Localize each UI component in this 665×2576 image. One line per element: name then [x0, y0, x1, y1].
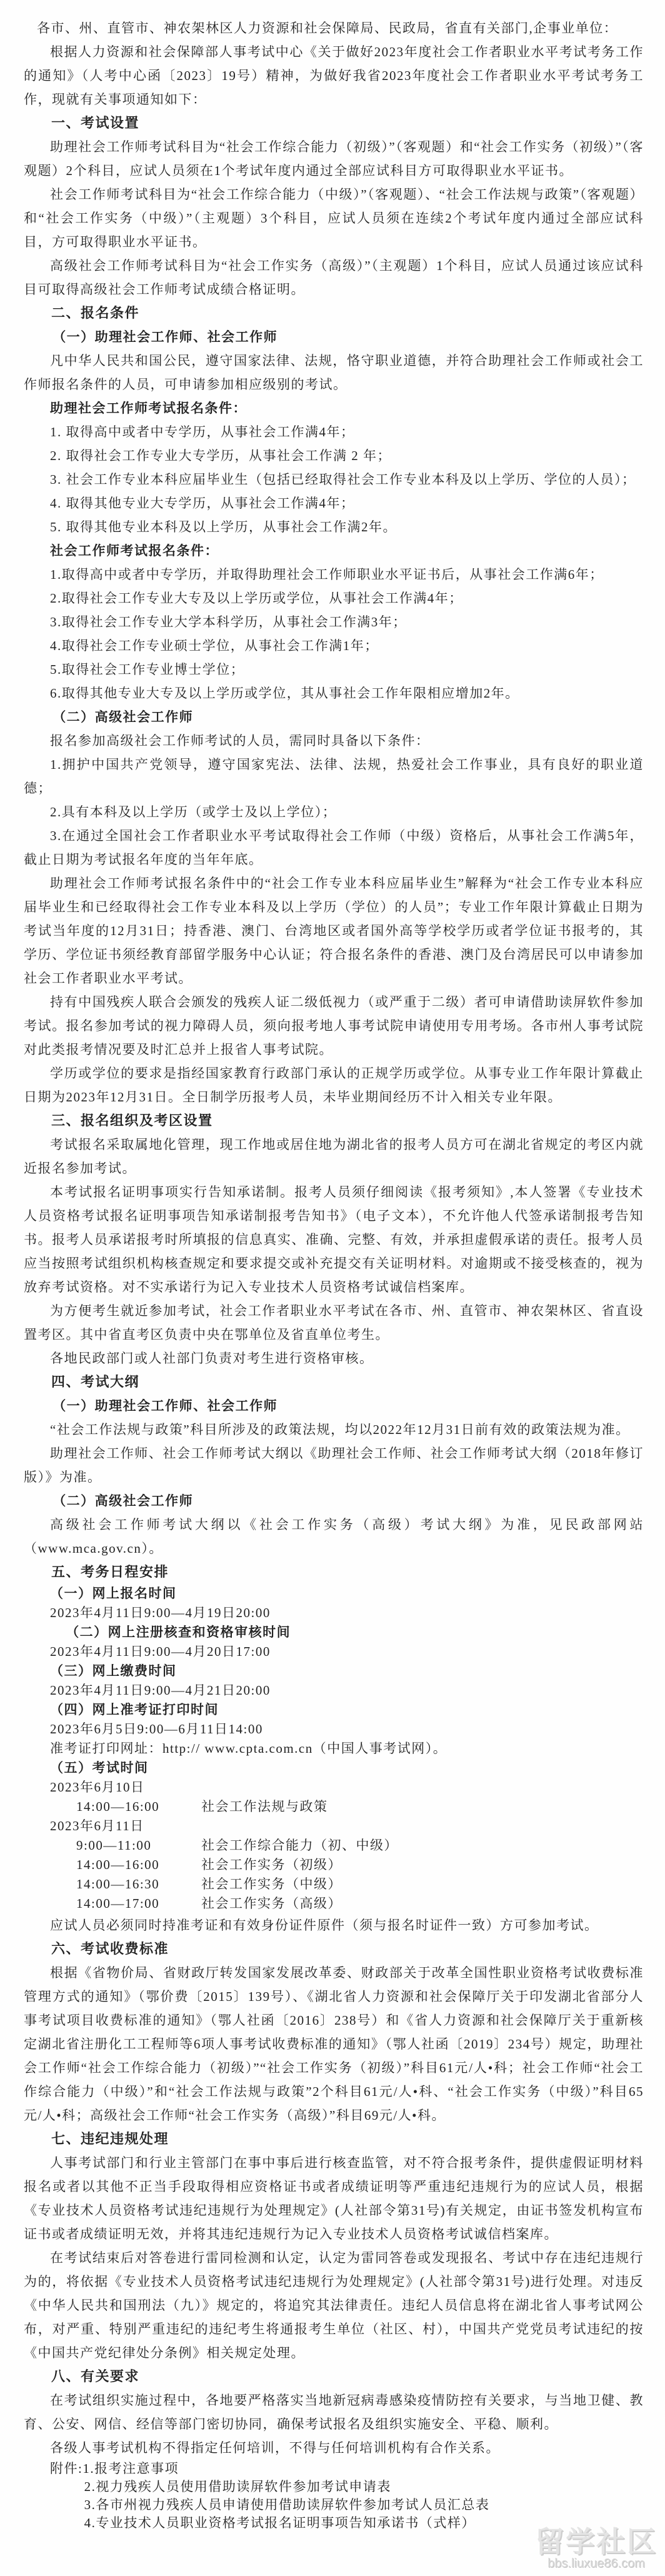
section-heading: 二、报名条件 — [24, 301, 644, 325]
subsection-heading: （一）助理社会工作师、社会工作师 — [24, 325, 644, 349]
paragraph: 持有中国残疾人联合会颁发的残疾人证二级低视力（或严重于二级）者可申请借助读屏软件… — [24, 990, 644, 1061]
exam-subject: 社会工作实务（高级） — [201, 1894, 644, 1913]
subsection-heading: （一）助理社会工作师、社会工作师 — [24, 1394, 644, 1418]
list-item: 5. 取得其他专业本科及以上学历，从事社会工作满2年。 — [24, 515, 644, 539]
exam-time: 14:00—16:30 — [76, 1875, 201, 1894]
section-heading: 五、考务日程安排 — [24, 1560, 644, 1584]
exam-time-row: 14:00—16:00社会工作实务（初级） — [24, 1855, 644, 1875]
list-item: 4.取得社会工作专业硕士学位，从事社会工作满1年； — [24, 634, 644, 658]
list-item: 6.取得其他专业大专及以上学历或学位，其从事社会工作年限相应增加2年。 — [24, 681, 644, 705]
list-item: 1. 取得高中或者中专学历，从事社会工作满4年； — [24, 420, 644, 444]
exam-time-row: 14:00—16:30社会工作实务（中级） — [24, 1875, 644, 1894]
section-heading: 三、报名组织及考区设置 — [24, 1109, 644, 1133]
schedule-heading: （一）网上报名时间 — [24, 1584, 644, 1603]
list-item: 1.拥护中国共产党领导，遵守国家宪法、法律、法规，热爱社会工作事业，具有良好的职… — [24, 753, 644, 800]
paragraph: “社会工作法规与政策”科目所涉及的政策法规，均以2022年12月31日前有效的政… — [24, 1418, 644, 1441]
section-heading: 七、违纪违规处理 — [24, 2127, 644, 2151]
subsection-heading: （二）高级社会工作师 — [24, 705, 644, 729]
list-item: 2.取得社会工作专业大专及以上学历或学位，从事社会工作满4年； — [24, 586, 644, 610]
salutation-line: 各市、州、直管市、神农架林区人力资源和社会保障局、民政局，省直有关部门,企事业单… — [24, 16, 644, 40]
paragraph: 为方便考生就近参加考试，社会工作者职业水平考试在各市、州、直管市、神农架林区、省… — [24, 1299, 644, 1346]
exam-time: 14:00—16:00 — [76, 1855, 201, 1875]
list-item: 3.取得社会工作专业大学本科学历，从事社会工作满3年； — [24, 610, 644, 634]
list-item: 3. 社会工作专业本科应届毕业生（包括已经取得社会工作专业本科及以上学历、学位的… — [24, 468, 644, 491]
subsection-heading: （二）高级社会工作师 — [24, 1489, 644, 1513]
list-item: 4. 取得其他专业大专学历，从事社会工作满4年； — [24, 491, 644, 515]
paragraph: 凡中华人民共和国公民，遵守国家法律、法规，恪守职业道德，并符合助理社会工作师或社… — [24, 349, 644, 396]
attachment-item: 2.视力残疾人员使用借助读屏软件参加考试申请表 — [24, 2478, 644, 2496]
notice-document: 各市、州、直管市、神农架林区人力资源和社会保障局、民政局，省直有关部门,企事业单… — [0, 0, 665, 2576]
exam-subject: 社会工作实务（初级） — [201, 1855, 644, 1875]
schedule-line: 2023年6月10日 — [24, 1778, 644, 1797]
list-item: 2. 取得社会工作专业大专学历，从事社会工作满 2 年； — [24, 444, 644, 468]
list-item: 3.在通过全国社会工作者职业水平考试取得社会工作师（中级）资格后，从事社会工作满… — [24, 824, 644, 871]
exam-subject: 社会工作实务（中级） — [201, 1875, 644, 1894]
paragraph: 学历或学位的要求是指经国家教育行政部门承认的正规学历或学位。从事专业工作年限计算… — [24, 1061, 644, 1109]
attachment-item: 4.专业技术人员职业资格考试报名证明事项告知承诺书（式样） — [24, 2514, 644, 2532]
paragraph: 高级社会工作师考试科目为“社会工作实务（高级）”（主观题）1个科目，应试人员通过… — [24, 254, 644, 301]
schedule-line: 2023年4月11日9:00—4月21日20:00 — [24, 1681, 644, 1700]
exam-time: 14:00—16:00 — [76, 1797, 201, 1817]
paragraph: 助理社会工作师考试报名条件中的“社会工作专业本科应届毕业生”解释为“社会工作专业… — [24, 871, 644, 990]
paragraph: 本考试报名证明事项实行告知承诺制。报考人员须仔细阅读《报考须知》,本人签署《专业… — [24, 1180, 644, 1299]
section-heading: 八、有关要求 — [24, 2365, 644, 2388]
list-item: 报名参加高级社会工作师考试的人员，需同时具备以下条件： — [24, 729, 644, 753]
section-heading: 一、考试设置 — [24, 111, 644, 135]
schedule-line: 2023年4月11日9:00—4月19日20:00 — [24, 1603, 644, 1623]
paragraph: 根据《省物价局、省财政厅转发国家发展改革委、财政部关于改革全国性职业资格考试收费… — [24, 1961, 644, 2127]
list-item: 2.具有本科及以上学历（或学士及以上学位）； — [24, 800, 644, 824]
exam-time: 9:00—11:00 — [76, 1836, 201, 1855]
paragraph: 助理社会工作师、社会工作师考试大纲以《助理社会工作师、社会工作师考试大纲（201… — [24, 1441, 644, 1489]
paragraph: 高级社会工作师考试大纲以《社会工作实务（高级）考试大纲》为准，见民政部网站（ww… — [24, 1513, 644, 1560]
list-item: 1.取得高中或者中专学历，并取得助理社会工作师职业水平证书后，从事社会工作满6年… — [24, 563, 644, 586]
attachments-label-line: 附件:1.报考注意事项 — [24, 2460, 644, 2478]
schedule-heading: （三）网上缴费时间 — [24, 1661, 644, 1681]
schedule-heading: （二）网上注册核查和资格审核时间 — [24, 1623, 644, 1642]
schedule-heading: （四）网上准考证打印时间 — [24, 1700, 644, 1720]
paragraph: 助理社会工作师考试科目为“社会工作综合能力（初级）”（客观题）和“社会工作实务（… — [24, 135, 644, 183]
paragraph: 各级人事考试机构不得指定任何培训，不得与任何培训机构有合作关系。 — [24, 2436, 644, 2460]
list-heading: 社会工作师考试报名条件： — [24, 539, 644, 563]
exam-time: 14:00—17:00 — [76, 1894, 201, 1913]
exam-subject: 社会工作法规与政策 — [201, 1797, 644, 1817]
paragraph: 在考试结束后对答卷进行雷同检测和认定，认定为雷同答卷或发现报名、考试中存在违纪违… — [24, 2246, 644, 2365]
paragraph: 人事考试部门和行业主管部门在事中事后进行核查监管，对不符合报考条件，提供虚假证明… — [24, 2151, 644, 2246]
exam-time-row: 9:00—11:00社会工作综合能力（初、中级） — [24, 1836, 644, 1855]
paragraph: 应试人员必须同时持准考证和有效身份证件原件（须与报名时证件一致）方可参加考试。 — [24, 1913, 644, 1937]
schedule-line: 2023年4月11日9:00—4月20日17:00 — [24, 1642, 644, 1661]
attachment-item: 3.各市州视力残疾人员申请使用借助读屏软件参加考试人员汇总表 — [24, 2496, 644, 2514]
list-item: 5.取得社会工作专业博士学位； — [24, 658, 644, 681]
document-body: 各市、州、直管市、神农架林区人力资源和社会保障局、民政局，省直有关部门,企事业单… — [0, 0, 665, 2576]
exam-time-row: 14:00—17:00社会工作实务（高级） — [24, 1894, 644, 1913]
paragraph: 社会工作师考试科目为“社会工作综合能力（中级）”（客观题）、“社会工作法规与政策… — [24, 183, 644, 254]
paragraph: 各地民政部门或人社部门负责对考生进行资格审核。 — [24, 1346, 644, 1370]
section-heading: 四、考试大纲 — [24, 1370, 644, 1394]
section-heading: 六、考试收费标准 — [24, 1937, 644, 1961]
schedule-line: 2023年6月5日9:00—6月11日14:00 — [24, 1720, 644, 1739]
schedule-line: 准考证打印网址：http:// www.cpta.com.cn（中国人事考试网）… — [24, 1739, 644, 1758]
schedule-heading: （五）考试时间 — [24, 1758, 644, 1778]
exam-time-row: 14:00—16:00社会工作法规与政策 — [24, 1797, 644, 1817]
schedule-line: 2023年6月11日 — [24, 1817, 644, 1836]
paragraph: 考试报名采取属地化管理，现工作地或居住地为湖北省的报考人员方可在湖北省规定的考区… — [24, 1133, 644, 1180]
list-heading: 助理社会工作师考试报名条件： — [24, 396, 644, 420]
exam-subject: 社会工作综合能力（初、中级） — [201, 1836, 644, 1855]
paragraph: 根据人力资源和社会保障部人事考试中心《关于做好2023年度社会工作者职业水平考试… — [24, 40, 644, 111]
paragraph: 在考试组织实施过程中，各地要严格落实当地新冠病毒感染疫情防控有关要求，与当地卫健… — [24, 2388, 644, 2436]
